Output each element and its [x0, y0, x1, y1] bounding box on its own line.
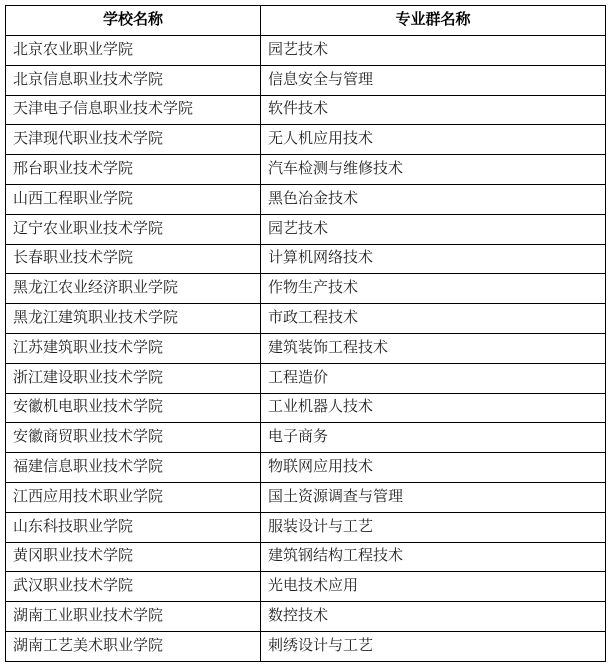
school-name-cell: 黑龙江建筑职业技术学院: [6, 304, 261, 334]
school-name-cell: 浙江建设职业技术学院: [6, 363, 261, 393]
document-page: 学校名称 专业群名称 北京农业职业学院园艺技术北京信息职业技术学院信息安全与管理…: [0, 0, 610, 666]
table-row: 邢台职业技术学院汽车检测与维修技术: [6, 155, 606, 185]
header-row: 学校名称 专业群名称: [6, 6, 606, 36]
major-group-cell: 数控技术: [261, 602, 606, 632]
major-group-cell: 物联网应用技术: [261, 453, 606, 483]
major-group-cell: 信息安全与管理: [261, 65, 606, 95]
major-group-cell: 黑色冶金技术: [261, 184, 606, 214]
major-group-cell: 汽车检测与维修技术: [261, 155, 606, 185]
school-name-cell: 湖南工业职业技术学院: [6, 602, 261, 632]
major-group-cell: 计算机网络技术: [261, 244, 606, 274]
table-row: 黑龙江建筑职业技术学院市政工程技术: [6, 304, 606, 334]
major-group-cell: 无人机应用技术: [261, 125, 606, 155]
table-row: 山东科技职业学院服装设计与工艺: [6, 512, 606, 542]
school-name-cell: 湖南工艺美术职业学院: [6, 631, 261, 661]
school-name-cell: 北京信息职业技术学院: [6, 65, 261, 95]
table-row: 湖南工业职业技术学院数控技术: [6, 602, 606, 632]
school-name-cell: 邢台职业技术学院: [6, 155, 261, 185]
school-name-cell: 黄冈职业技术学院: [6, 542, 261, 572]
school-name-cell: 武汉职业技术学院: [6, 572, 261, 602]
school-name-cell: 天津现代职业技术学院: [6, 125, 261, 155]
school-name-cell: 辽宁农业职业技术学院: [6, 214, 261, 244]
major-group-cell: 软件技术: [261, 95, 606, 125]
school-name-cell: 黑龙江农业经济职业学院: [6, 274, 261, 304]
major-group-cell: 国土资源调查与管理: [261, 482, 606, 512]
major-group-cell: 工业机器人技术: [261, 393, 606, 423]
major-group-cell: 服装设计与工艺: [261, 512, 606, 542]
school-name-cell: 安徽机电职业技术学院: [6, 393, 261, 423]
major-group-cell: 建筑钢结构工程技术: [261, 542, 606, 572]
major-group-cell: 作物生产技术: [261, 274, 606, 304]
table-row: 江苏建筑职业技术学院建筑装饰工程技术: [6, 333, 606, 363]
table-row: 黑龙江农业经济职业学院作物生产技术: [6, 274, 606, 304]
school-name-cell: 长春职业技术学院: [6, 244, 261, 274]
table-row: 黄冈职业技术学院建筑钢结构工程技术: [6, 542, 606, 572]
school-name-cell: 山西工程职业学院: [6, 184, 261, 214]
school-name-cell: 山东科技职业学院: [6, 512, 261, 542]
table-row: 福建信息职业技术学院物联网应用技术: [6, 453, 606, 483]
header-school-name: 学校名称: [6, 6, 261, 36]
table-row: 武汉职业技术学院光电技术应用: [6, 572, 606, 602]
table-row: 山西工程职业学院黑色冶金技术: [6, 184, 606, 214]
major-group-cell: 工程造价: [261, 363, 606, 393]
major-group-cell: 园艺技术: [261, 36, 606, 66]
school-name-cell: 北京农业职业学院: [6, 36, 261, 66]
school-name-cell: 江西应用技术职业学院: [6, 482, 261, 512]
table-body: 北京农业职业学院园艺技术北京信息职业技术学院信息安全与管理天津电子信息职业技术学…: [6, 36, 606, 662]
school-major-table: 学校名称 专业群名称 北京农业职业学院园艺技术北京信息职业技术学院信息安全与管理…: [5, 5, 606, 662]
table-row: 安徽机电职业技术学院工业机器人技术: [6, 393, 606, 423]
school-name-cell: 福建信息职业技术学院: [6, 453, 261, 483]
table-row: 安徽商贸职业技术学院电子商务: [6, 423, 606, 453]
major-group-cell: 建筑装饰工程技术: [261, 333, 606, 363]
header-major-group-name: 专业群名称: [261, 6, 606, 36]
major-group-cell: 刺绣设计与工艺: [261, 631, 606, 661]
school-name-cell: 天津电子信息职业技术学院: [6, 95, 261, 125]
table-row: 长春职业技术学院计算机网络技术: [6, 244, 606, 274]
school-name-cell: 江苏建筑职业技术学院: [6, 333, 261, 363]
major-group-cell: 园艺技术: [261, 214, 606, 244]
table-row: 北京农业职业学院园艺技术: [6, 36, 606, 66]
major-group-cell: 光电技术应用: [261, 572, 606, 602]
table-row: 辽宁农业职业技术学院园艺技术: [6, 214, 606, 244]
major-group-cell: 市政工程技术: [261, 304, 606, 334]
table-row: 天津现代职业技术学院无人机应用技术: [6, 125, 606, 155]
table-row: 江西应用技术职业学院国土资源调查与管理: [6, 482, 606, 512]
table-row: 天津电子信息职业技术学院软件技术: [6, 95, 606, 125]
major-group-cell: 电子商务: [261, 423, 606, 453]
table-row: 湖南工艺美术职业学院刺绣设计与工艺: [6, 631, 606, 661]
table-row: 北京信息职业技术学院信息安全与管理: [6, 65, 606, 95]
school-name-cell: 安徽商贸职业技术学院: [6, 423, 261, 453]
table-row: 浙江建设职业技术学院工程造价: [6, 363, 606, 393]
table-header: 学校名称 专业群名称: [6, 6, 606, 36]
